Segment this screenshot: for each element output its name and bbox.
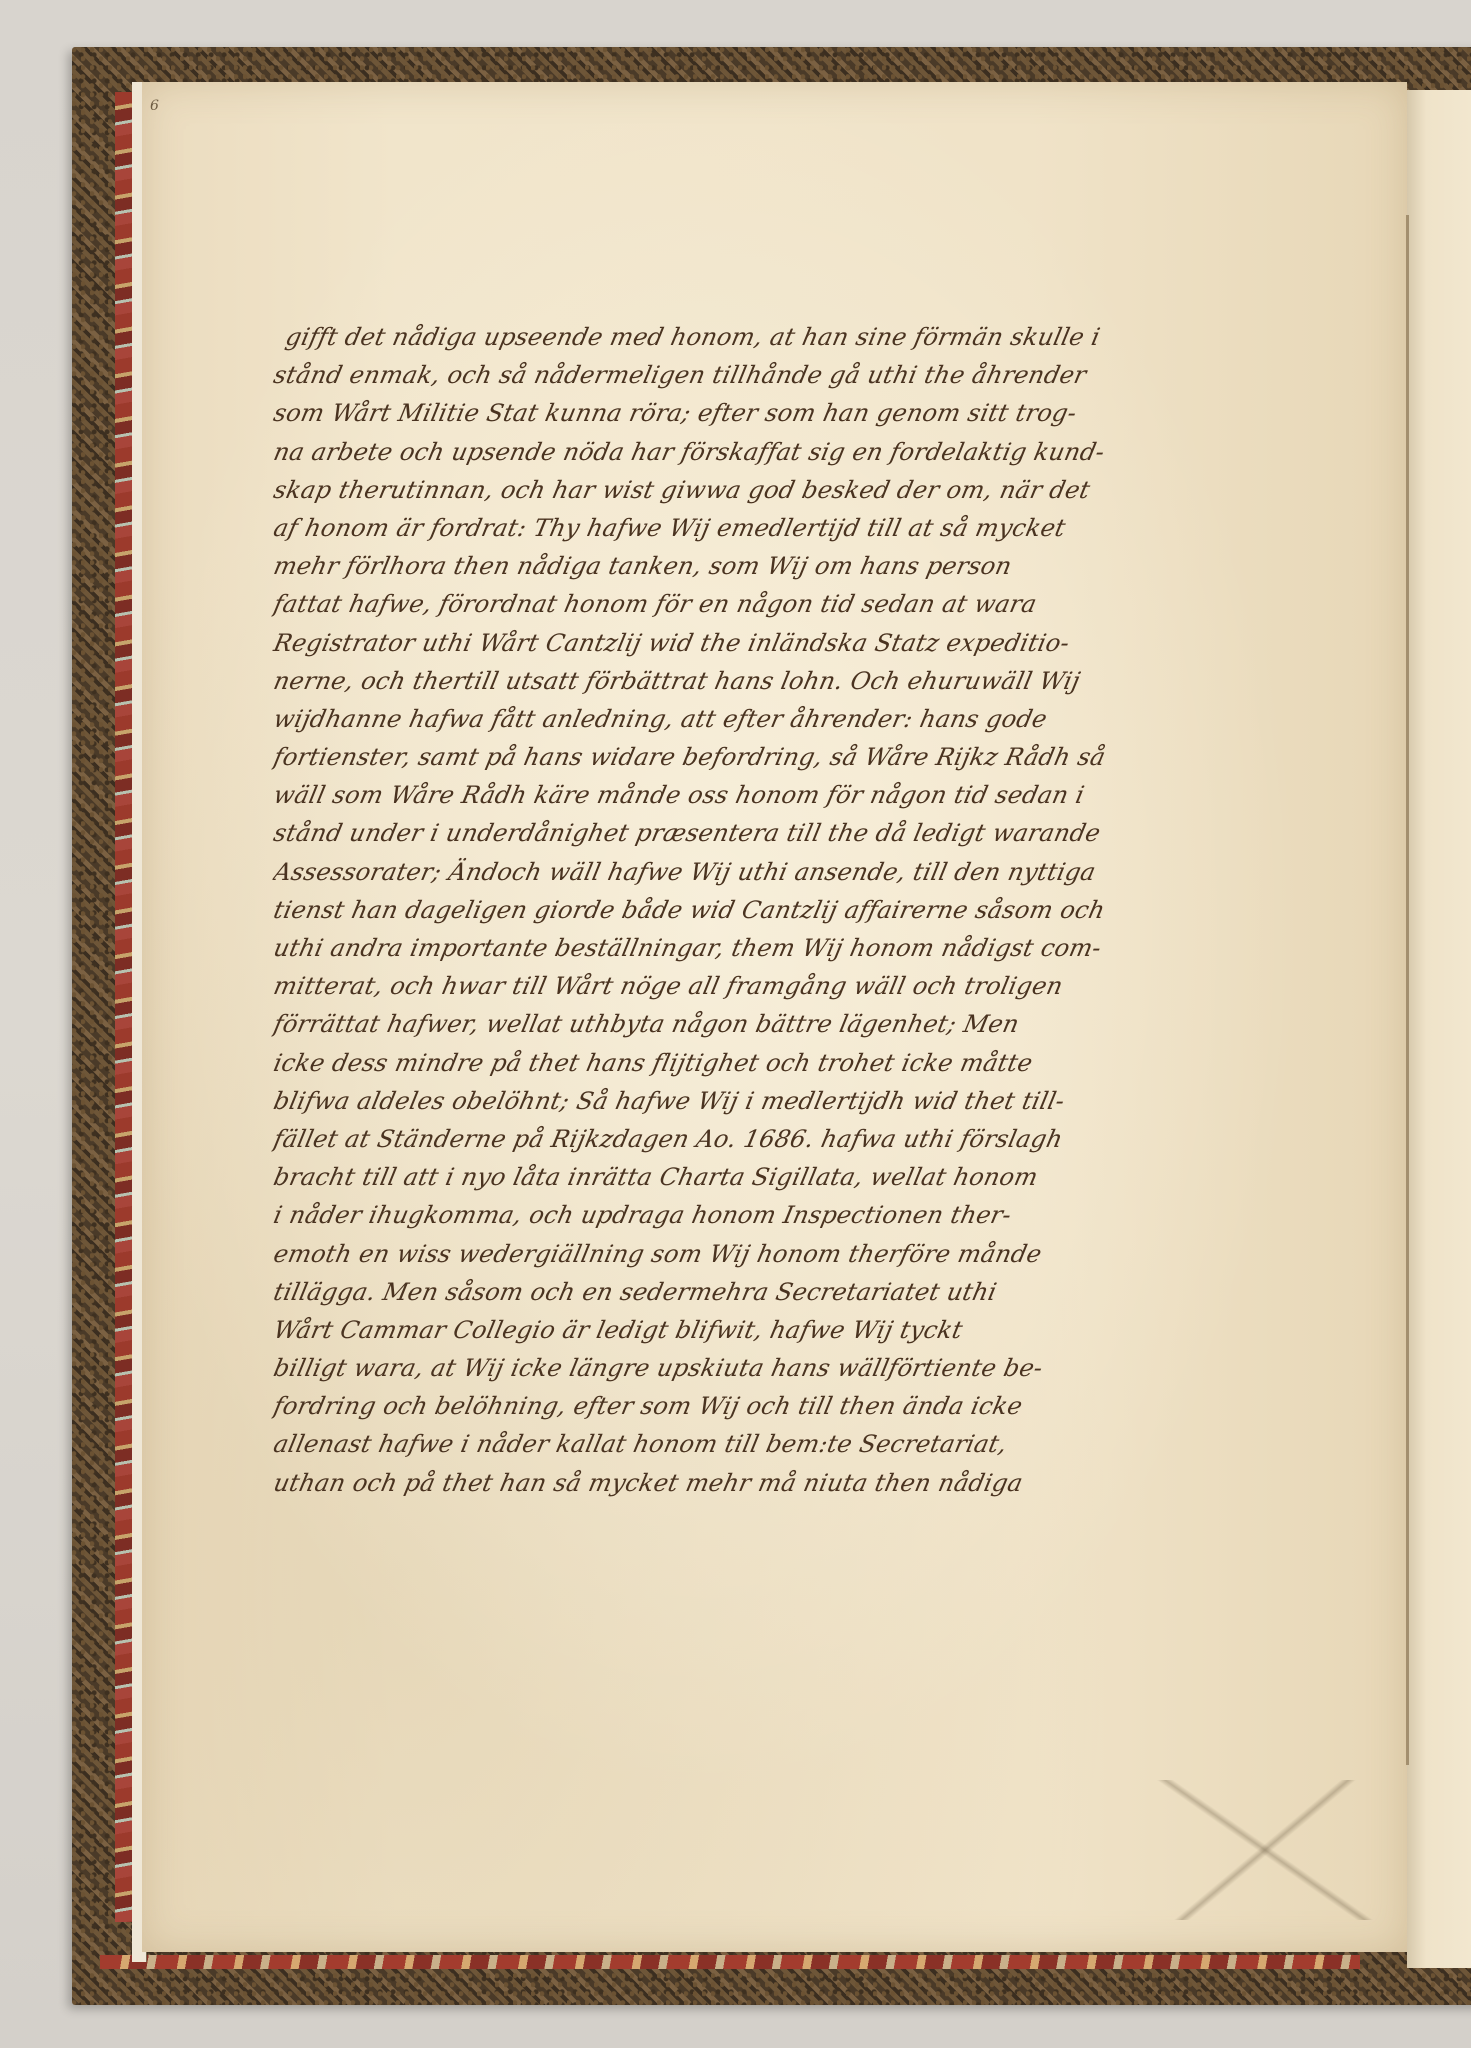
text-line: stånd under i underdånighet præsentera t… (270, 814, 1278, 852)
text-line: i nåder ihugkomma, och updraga honom Ins… (270, 1196, 1278, 1234)
paper-crease (1150, 1780, 1380, 1920)
text-line: uthan och på thet han så mycket mehr må … (270, 1464, 1278, 1502)
gutter-fold (1406, 215, 1409, 1765)
text-line: nerne, och thertill utsatt förbättrat ha… (270, 662, 1278, 700)
text-line: tienst han dageligen giorde både wid Can… (270, 891, 1278, 929)
text-line: Assessorater; Ändoch wäll hafwe Wij uthi… (270, 853, 1278, 891)
text-line: na arbete och upsende nöda har förskaffa… (270, 433, 1278, 471)
facing-page-edge (1407, 90, 1471, 1968)
text-line: Wårt Cammar Collegio är ledigt blifwit, … (270, 1311, 1278, 1349)
text-line: som Wårt Militie Stat kunna röra; efter … (270, 394, 1278, 432)
text-line: bracht till att i nyo låta inrätta Chart… (270, 1158, 1278, 1196)
text-line: stånd enmak, och så nådermeligen tillhån… (270, 356, 1278, 394)
text-line: fortienster, samt på hans widare befordr… (270, 738, 1278, 776)
page-number: 6 (150, 98, 159, 114)
marbled-endpaper-bottom (100, 1955, 1360, 1969)
text-line: fället at Ständerne på Rijkzdagen Ao. 16… (270, 1120, 1278, 1158)
text-line: icke dess mindre på thet hans flijtighet… (270, 1044, 1278, 1082)
handwritten-text-block: gifft det nådiga upseende med honom, at … (270, 318, 1270, 1502)
text-line: mitterat, och hwar till Wårt nöge all fr… (270, 967, 1278, 1005)
text-line: blifwa aldeles obelöhnt; Så hafwe Wij i … (270, 1082, 1278, 1120)
text-line: billigt wara, at Wij icke längre upskiut… (270, 1349, 1278, 1387)
text-line: gifft det nådiga upseende med honom, at … (282, 318, 1278, 356)
text-line: skap therutinnan, och har wist giwwa god… (270, 471, 1278, 509)
text-line: uthi andra importante beställningar, the… (270, 929, 1278, 967)
text-line: förrättat hafwer, wellat uthbyta någon b… (270, 1005, 1278, 1043)
text-line: wijdhanne hafwa fått anledning, att efte… (270, 700, 1278, 738)
text-line: fattat hafwe, förordnat honom för en någ… (270, 585, 1278, 623)
text-line: tillägga. Men såsom och en sedermehra Se… (270, 1273, 1278, 1311)
text-line: emoth en wiss wedergiällning som Wij hon… (270, 1235, 1278, 1273)
text-line: mehr förlhora then nådiga tanken, som Wi… (270, 547, 1278, 585)
text-line: Registrator uthi Wårt Cantzlij wid the i… (270, 624, 1278, 662)
text-line: allenast hafwe i nåder kallat honom till… (270, 1425, 1278, 1463)
text-line: fordring och belöhning, efter som Wij oc… (270, 1387, 1278, 1425)
text-line: wäll som Wåre Rådh käre månde oss honom … (270, 776, 1278, 814)
text-line: af honom är fordrat: Thy hafwe Wij emedl… (270, 509, 1278, 547)
